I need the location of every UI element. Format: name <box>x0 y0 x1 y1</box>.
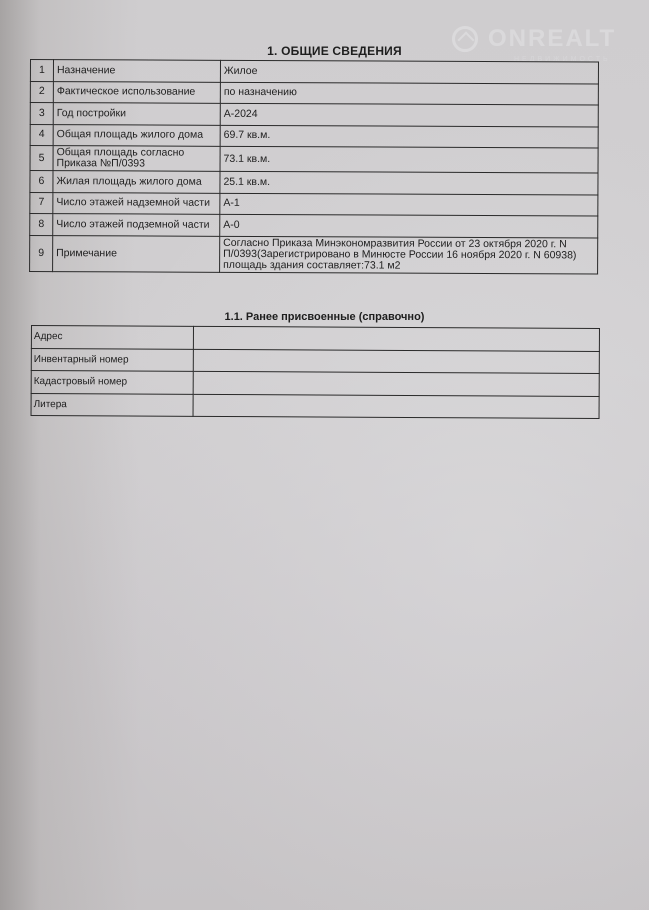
table-row: 6 Жилая площадь жилого дома 25.1 кв.м. <box>30 171 598 195</box>
row-value <box>193 326 599 351</box>
row-value: А-1 <box>220 193 598 216</box>
table-row: 7 Число этажей надземной части А-1 <box>30 192 598 216</box>
row-label: Год постройки <box>53 103 220 125</box>
row-value: Согласно Приказа Минэкономразвития Росси… <box>220 236 598 274</box>
row-label: Число этажей подземной части <box>53 214 220 236</box>
document-page: ONREALT НЕДВИЖИМОСТЬ 1. ОБЩИЕ СВЕДЕНИЯ 1… <box>0 0 649 910</box>
table-row: 4 Общая площадь жилого дома 69.7 кв.м. <box>30 124 598 148</box>
row-number: 3 <box>30 103 53 125</box>
table-row: 5 Общая площадь согласно Приказа №П/0393… <box>30 146 598 173</box>
table-row: 3 Год постройки А-2024 <box>30 103 598 127</box>
row-label: Общая площадь согласно Приказа №П/0393 <box>53 146 220 172</box>
row-number: 2 <box>30 81 53 103</box>
table-row: 1 Назначение Жилое <box>30 60 598 84</box>
row-value: А-2024 <box>220 103 598 126</box>
previously-assigned-table: Адрес Инвентарный номер Кадастровый номе… <box>31 325 600 419</box>
table-row: Кадастровый номер <box>31 371 599 396</box>
row-value <box>193 349 599 374</box>
section-title-general-info: 1. ОБЩИЕ СВЕДЕНИЯ <box>0 44 649 58</box>
row-value: 73.1 кв.м. <box>220 146 598 173</box>
section-title-previously-assigned: 1.1. Ранее присвоенные (справочно) <box>0 311 649 323</box>
row-label: Назначение <box>53 60 220 82</box>
row-number: 1 <box>30 60 53 82</box>
row-number: 7 <box>30 192 53 214</box>
row-value: Жилое <box>220 60 598 83</box>
row-value: 69.7 кв.м. <box>220 125 598 148</box>
row-value <box>193 371 599 396</box>
row-label: Жилая площадь жилого дома <box>53 171 220 193</box>
general-info-table: 1 Назначение Жилое 2 Фактическое использ… <box>29 59 599 274</box>
row-value: 25.1 кв.м. <box>220 171 598 194</box>
table-row: Инвентарный номер <box>31 348 599 373</box>
row-number: 5 <box>30 146 53 171</box>
row-label: Кадастровый номер <box>31 371 193 394</box>
row-number: 8 <box>30 214 53 236</box>
table-row: 2 Фактическое использование по назначени… <box>30 81 598 105</box>
row-label: Литера <box>31 393 193 416</box>
row-label: Инвентарный номер <box>31 348 193 371</box>
table-row: Литера <box>31 393 599 418</box>
table-row: Адрес <box>31 326 599 351</box>
table-row: 9 Примечание Согласно Приказа Минэкономр… <box>30 235 598 273</box>
row-number: 4 <box>30 124 53 146</box>
row-label: Число этажей надземной части <box>53 192 220 214</box>
row-value: по назначению <box>220 82 598 105</box>
row-value <box>193 394 599 419</box>
row-label: Фактическое использование <box>53 81 220 103</box>
row-label: Адрес <box>31 326 193 349</box>
row-number: 6 <box>30 171 53 193</box>
table-row: 8 Число этажей подземной части А-0 <box>30 214 598 238</box>
row-label: Примечание <box>53 235 220 272</box>
row-number: 9 <box>30 235 53 271</box>
row-value: А-0 <box>220 214 598 237</box>
row-label: Общая площадь жилого дома <box>53 124 220 146</box>
